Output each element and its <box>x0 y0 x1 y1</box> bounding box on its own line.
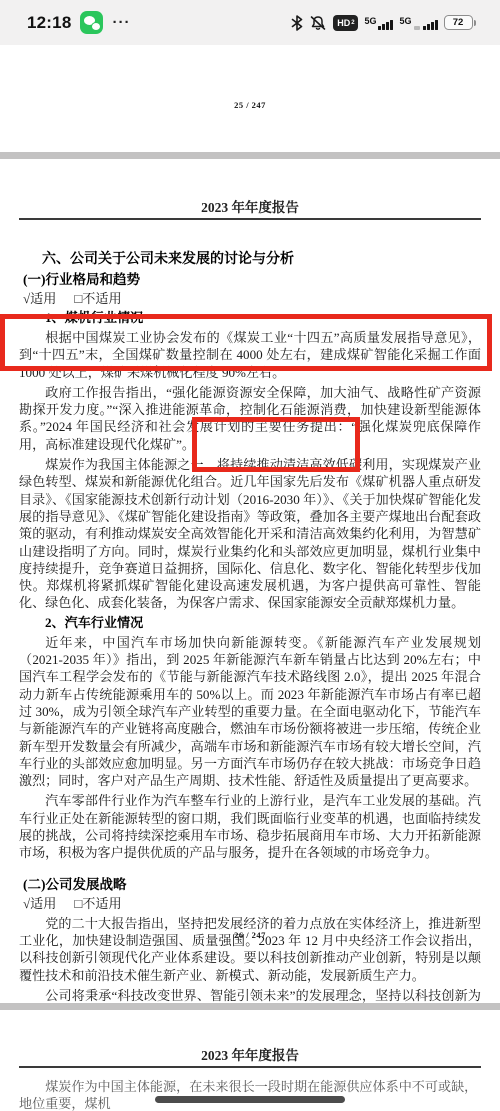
mute-icon <box>309 15 327 31</box>
applicable-line: √适用□不适用 <box>23 291 481 307</box>
pdf-page-26: 2023 年年度报告 六、公司关于公司未来发展的讨论与分析 (一)行业格局和趋势… <box>0 159 500 1003</box>
strategy-paragraph-1: 党的二十大报告指出，坚持把发展经济的着力点放在实体经济上，推进新型工业化，加快建… <box>19 915 481 984</box>
applicable-checked: √适用 <box>23 896 56 911</box>
pdf-page-25: 25 / 247 <box>0 45 500 152</box>
highlight-box-2 <box>192 417 360 472</box>
page-indicator: 25 / 247 <box>0 45 500 110</box>
auto-paragraph-1: 近年来，中国汽车市场加快向新能源转变。《新能源汽车产业发展规划（2021-203… <box>19 634 481 790</box>
strategy-paragraph-2: 公司将秉承“科技改变世界、智能引领未来”的发展理念，坚持以科技创新为引领，持续强… <box>19 987 481 1003</box>
signal-5g-sim2-icon: 5G <box>399 16 437 30</box>
home-indicator[interactable] <box>155 1096 345 1103</box>
report-running-header: 2023 年年度报告 <box>0 1010 500 1064</box>
bluetooth-icon <box>291 15 303 31</box>
phone-screen: 12:18 ··· HD2 5G 5G <box>0 0 500 1111</box>
status-bar-right: HD2 5G 5G 72 <box>291 15 476 31</box>
coal-paragraph-3: 煤炭作为我国主体能源之一，将持续推动清洁高效低碳利用，实现煤炭产业绿色转型、煤炭… <box>19 456 481 612</box>
battery-percent: 72 <box>453 17 464 28</box>
auto-industry-heading: 2、汽车行业情况 <box>19 615 481 631</box>
report-running-header: 2023 年年度报告 <box>0 159 500 216</box>
page-gap <box>0 152 500 159</box>
pdf-viewer[interactable]: 25 / 247 2023 年年度报告 六、公司关于公司未来发展的讨论与分析 (… <box>0 45 500 1111</box>
subsection-2-title: (二)公司发展战略 <box>23 877 481 893</box>
applicable-line-2: √适用□不适用 <box>23 896 481 912</box>
subsection-1-title: (一)行业格局和趋势 <box>23 272 481 288</box>
page27-first-line: 煤炭作为中国主体能源，在未来很长一段时期在能源供应体系中不可或缺，地位重要，煤机 <box>19 1078 481 1111</box>
clock: 12:18 <box>27 13 71 33</box>
more-notifications-icon: ··· <box>112 18 130 28</box>
page-indicator: 26 / 247 <box>0 930 500 940</box>
status-bar-left: 12:18 ··· <box>27 11 130 34</box>
battery-icon: 72 <box>444 15 477 30</box>
section-6-title: 六、公司关于公司未来发展的讨论与分析 <box>19 252 481 268</box>
status-bar[interactable]: 12:18 ··· HD2 5G 5G <box>0 0 500 45</box>
applicable-checked: √适用 <box>23 291 56 306</box>
header-rule <box>19 1066 481 1068</box>
wechat-icon <box>80 11 103 34</box>
signal-5g-sim1-icon: 5G <box>364 16 393 30</box>
auto-paragraph-2: 汽车零部件行业作为汽车整车行业的上游行业，是汽车工业发展的基础。汽车行业正处在新… <box>19 792 481 861</box>
page-gap <box>0 1003 500 1010</box>
highlight-box-1 <box>0 314 492 371</box>
not-applicable-unchecked: □不适用 <box>74 291 121 306</box>
not-applicable-unchecked: □不适用 <box>74 896 121 911</box>
hd-voice-badge: HD2 <box>333 15 358 31</box>
